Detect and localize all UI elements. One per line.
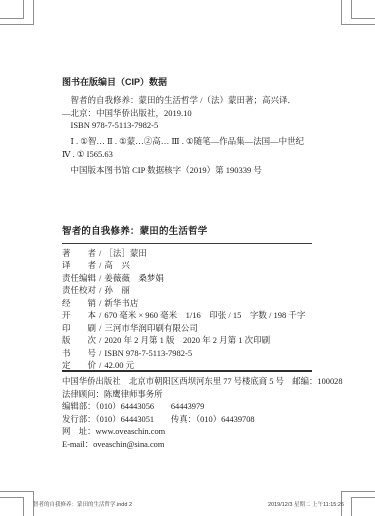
title-rule: [62, 243, 312, 244]
row-label: 责任校对: [62, 285, 96, 295]
row-label: 责任编辑: [62, 273, 96, 283]
cip-header: 图书在版编目（CIP）数据: [62, 76, 312, 88]
row-separator: /: [99, 298, 101, 308]
row-separator: /: [99, 360, 101, 370]
row-label: 书 号: [62, 348, 96, 358]
row-label: 版 次: [62, 335, 96, 345]
cip-isbn-line: ISBN 978-7-5113-7982-5: [62, 119, 312, 132]
footer-timestamp: 2019/12/3 星期二 上午11:15:26: [268, 502, 344, 509]
row-value: 42.00 元: [104, 360, 134, 370]
row-value: ［法］蒙田: [104, 248, 147, 258]
cip-classification-line2: Ⅳ . ① I565.63: [62, 148, 312, 161]
publisher-email: E-mail：oveaschin@sina.com: [62, 439, 312, 452]
row-separator: /: [99, 348, 101, 358]
row-separator: /: [99, 273, 101, 283]
colophon-row-isbn: 书 号/ISBN 978-7-5113-7982-5: [62, 347, 312, 359]
colophon-row-format: 开 本/670 毫米 × 960 毫米 1/16 印张 / 15 字数 / 19…: [62, 309, 312, 321]
colophon-row-editor: 责任编辑/姜薇薇 桑梦娟: [62, 272, 312, 284]
row-separator: /: [99, 285, 101, 295]
row-label: 印 刷: [62, 323, 96, 333]
cip-classification-line1: Ⅰ . ①智… Ⅱ . ①蒙…②高… Ⅲ . ①随笔—作品集—法国—中世纪: [62, 135, 312, 148]
cip-classification: Ⅰ . ①智… Ⅱ . ①蒙…②高… Ⅲ . ①随笔—作品集—法国—中世纪 Ⅳ …: [62, 135, 312, 160]
book-copyright-page: 图书在版编目（CIP）数据 智者的自我修养：蒙田的生活哲学 /（法）蒙田著；高兴…: [0, 0, 375, 516]
row-value: ISBN 978-7-5113-7982-5: [104, 348, 192, 358]
row-value: 新华书店: [104, 298, 138, 308]
row-label: 译 者: [62, 260, 96, 270]
row-value: 孙 丽: [104, 285, 130, 295]
row-separator: /: [99, 260, 101, 270]
row-value: 670 毫米 × 960 毫米 1/16 印张 / 15 字数 / 198 千字: [104, 310, 305, 320]
colophon-row-translator: 译 者/高 兴: [62, 259, 312, 271]
cip-description-line2: —北京：中国华侨出版社，2019.10: [62, 107, 312, 120]
publisher-website: 网 址：www.oveaschin.com: [62, 426, 312, 439]
row-separator: /: [99, 323, 101, 333]
colophon-row-author: 著 者/［法］蒙田: [62, 247, 312, 259]
book-title: 智者的自我修养：蒙田的生活哲学: [62, 226, 312, 238]
row-separator: /: [99, 310, 101, 320]
row-value: 2020 年 2 月第 1 版 2020 年 2 月第 1 次印刷: [104, 335, 270, 345]
publisher-legal-counsel: 法律顾问：陈鹰律师事务所: [62, 389, 312, 402]
row-value: 高 兴: [104, 260, 130, 270]
publisher-editorial-phone: 编辑部：（010）64443056 64443979: [62, 401, 312, 414]
colophon-row-proofreader: 责任校对/孙 丽: [62, 284, 312, 296]
cip-record-number: 中国版本图书馆 CIP 数据核字（2019）第 190339 号: [62, 164, 312, 177]
row-label: 开 本: [62, 310, 96, 320]
publisher-distribution-phone: 发行部：（010）64443051 传真：（010）64439708: [62, 414, 312, 427]
colophon-row-distributor: 经 销/新华书店: [62, 297, 312, 309]
colophon-rows: 著 者/［法］蒙田 译 者/高 兴 责任编辑/姜薇薇 桑梦娟 责任校对/孙 丽 …: [62, 247, 312, 371]
row-label: 著 者: [62, 248, 96, 258]
row-label: 定 价: [62, 360, 96, 370]
colophon-row-printer: 印 刷/三河市华润印刷有限公司: [62, 322, 312, 334]
row-separator: /: [99, 248, 101, 258]
cip-description-line1: 智者的自我修养：蒙田的生活哲学 /（法）蒙田著；高兴译．: [62, 94, 312, 107]
row-value: 三河市华润印刷有限公司: [104, 323, 198, 333]
footer-filename: 智者的自我修养：蒙田的生活哲学.indd 2: [33, 502, 132, 509]
publisher-address: 中国华侨出版社 北京市朝阳区西坝河东里 77 号楼底商 5 号 邮编：10002…: [62, 376, 312, 389]
publisher-info: 中国华侨出版社 北京市朝阳区西坝河东里 77 号楼底商 5 号 邮编：10002…: [62, 376, 312, 452]
row-separator: /: [99, 335, 101, 345]
cip-description: 智者的自我修养：蒙田的生活哲学 /（法）蒙田著；高兴译． —北京：中国华侨出版社…: [62, 94, 312, 132]
colophon-row-edition: 版 次/2020 年 2 月第 1 版 2020 年 2 月第 1 次印刷: [62, 334, 312, 346]
row-label: 经 销: [62, 298, 96, 308]
colophon-bottom-rule: [62, 370, 312, 372]
row-value: 姜薇薇 桑梦娟: [104, 273, 164, 283]
